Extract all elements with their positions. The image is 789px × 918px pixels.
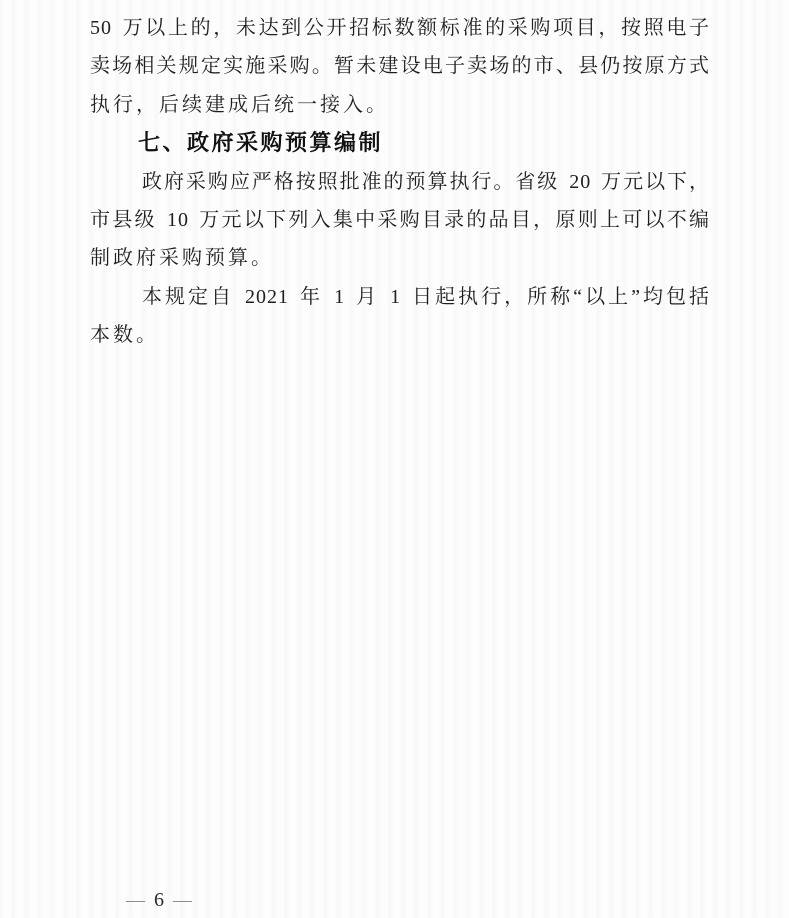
document-body: 50 万以上的，未达到公开招标数额标准的采购项目，按照电子 卖场相关规定实施采购…	[90, 9, 710, 355]
document-page: 50 万以上的，未达到公开招标数额标准的采购项目，按照电子 卖场相关规定实施采购…	[0, 0, 789, 918]
page-number: 6	[154, 889, 164, 911]
paragraph-line: 本规定自 2021 年 1 月 1 日起执行，所称“以上”均包括	[90, 278, 710, 316]
section-heading: 七、政府采购预算编制	[90, 124, 710, 162]
paragraph-line: 政府采购应严格按照批准的预算执行。省级 20 万元以下，	[90, 163, 710, 201]
paragraph-line: 市县级 10 万元以下列入集中采购目录的品目，原则上可以不编	[90, 201, 710, 239]
paragraph-line: 50 万以上的，未达到公开招标数额标准的采购项目，按照电子	[90, 9, 710, 47]
paragraph-line: 制政府采购预算。	[90, 239, 710, 277]
paragraph-line: 执行，后续建成后统一接入。	[90, 86, 710, 124]
paragraph-line: 卖场相关规定实施采购。暂未建设电子卖场的市、县仍按原方式	[90, 47, 710, 85]
page-footer: —6—	[126, 889, 192, 912]
paragraph-line: 本数。	[90, 316, 710, 354]
footer-dash-left: —	[126, 890, 145, 911]
footer-dash-right: —	[173, 890, 192, 911]
